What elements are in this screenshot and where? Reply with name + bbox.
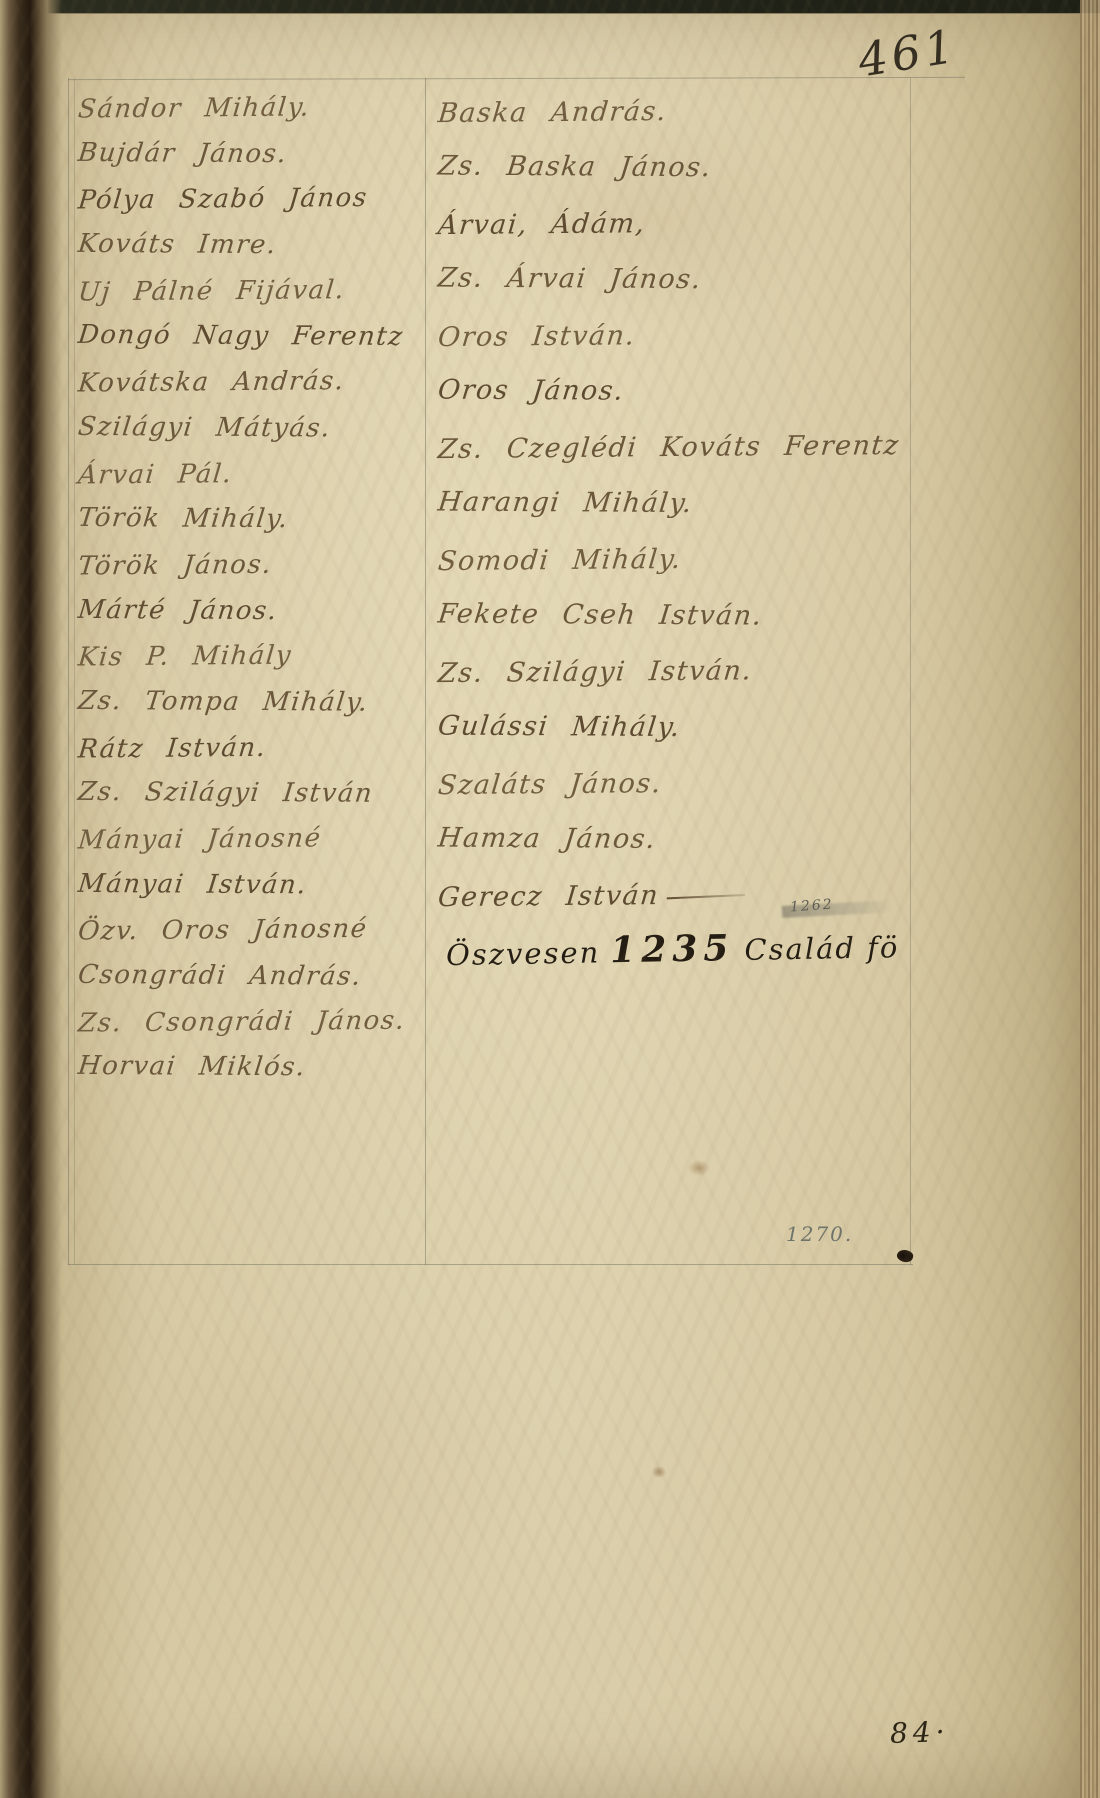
register-entry: Rátz István.: [78, 724, 426, 773]
register-entry: Somodi Mihály.: [438, 530, 912, 590]
register-entry: Oros János.: [438, 363, 912, 422]
register-entry: Bujdár János.: [78, 131, 426, 179]
register-entry: Zs. Czeglédi Kováts Ferentz: [438, 418, 912, 478]
summary-unit: Család fö: [744, 930, 899, 967]
register-entry: Árvai Pál.: [78, 450, 426, 499]
summary-label: Öszvesen: [446, 935, 601, 972]
register-entry: Özv. Oros Jánosné: [78, 907, 426, 956]
register-entry: Harangi Mihály.: [438, 475, 912, 534]
register-entry: Zs. Árvai János.: [438, 251, 912, 310]
register-entry: Zs. Baska János.: [438, 139, 912, 198]
register-entry: Gulássi Mihály.: [438, 699, 912, 758]
register-entry: Horvai Miklós.: [78, 1044, 426, 1092]
register-entry: Mányai István.: [78, 862, 426, 910]
paper-stain: [688, 1160, 710, 1176]
pencil-tally-note: 1270.: [786, 1222, 853, 1246]
register-entry: Sándor Mihály.: [78, 84, 426, 133]
summary-value: 1235: [600, 927, 745, 972]
register-entry: Hamza János.: [438, 811, 912, 870]
register-entry: Gerecz István: [438, 866, 912, 926]
register-entry: Török Mihály.: [78, 496, 426, 544]
register-entry: Uj Pálné Fijával.: [78, 267, 426, 316]
register-entry: Fekete Cseh István.: [438, 587, 912, 646]
sheet-number: 84·: [889, 1715, 950, 1750]
register-entry: Szilágyi Mátyás.: [78, 405, 426, 453]
register-entry: Kis P. Mihály: [78, 633, 426, 682]
register-entry: Zs. Szilágyi István: [78, 770, 426, 818]
register-entry: Árvai, Ádám,: [438, 194, 912, 254]
table-border-bottom: [68, 1264, 913, 1265]
paper-stain: [120, 1300, 540, 1620]
scan-top-edge: [0, 0, 1100, 14]
register-entry: Zs. Tompa Mihály.: [78, 679, 426, 727]
register-entry: Mányai Jánosné: [78, 815, 426, 864]
manuscript-page: 461 Sándor Mihály. Bujdár János. Pólya S…: [0, 0, 1100, 1798]
register-entry: Csongrádi András.: [78, 953, 426, 1001]
table-border-top: [68, 77, 965, 80]
register-entry: Oros István.: [438, 306, 912, 366]
register-entry: Kovátska András.: [78, 359, 426, 408]
summary-total: Öszvesen1235Család fö: [446, 924, 917, 974]
register-entry: Zs. Csongrádi János.: [78, 998, 426, 1047]
name-column-left: Sándor Mihály. Bujdár János. Pólya Szabó…: [78, 86, 426, 1091]
name-column-right: Baska András. Zs. Baska János. Árvai, Ád…: [438, 84, 912, 924]
page-stack-edge: [1080, 0, 1100, 1798]
register-entry: Dongó Nagy Ferentz: [78, 313, 426, 361]
register-entry: Szaláts János.: [438, 754, 912, 814]
register-entry: Zs. Szilágyi István.: [438, 642, 912, 702]
paper-stain: [652, 1466, 666, 1478]
ink-blot: [896, 1248, 915, 1264]
book-binding-gutter: [0, 0, 62, 1798]
register-entry: Kováts Imre.: [78, 222, 426, 270]
register-entry: Pólya Szabó János: [78, 176, 426, 225]
register-entry: Török János.: [78, 541, 426, 590]
table-border-left: [68, 78, 69, 1265]
register-entry: Márté János.: [78, 588, 426, 636]
register-entry: Baska András.: [438, 82, 912, 142]
pencil-correction-note: 1262: [789, 896, 834, 915]
